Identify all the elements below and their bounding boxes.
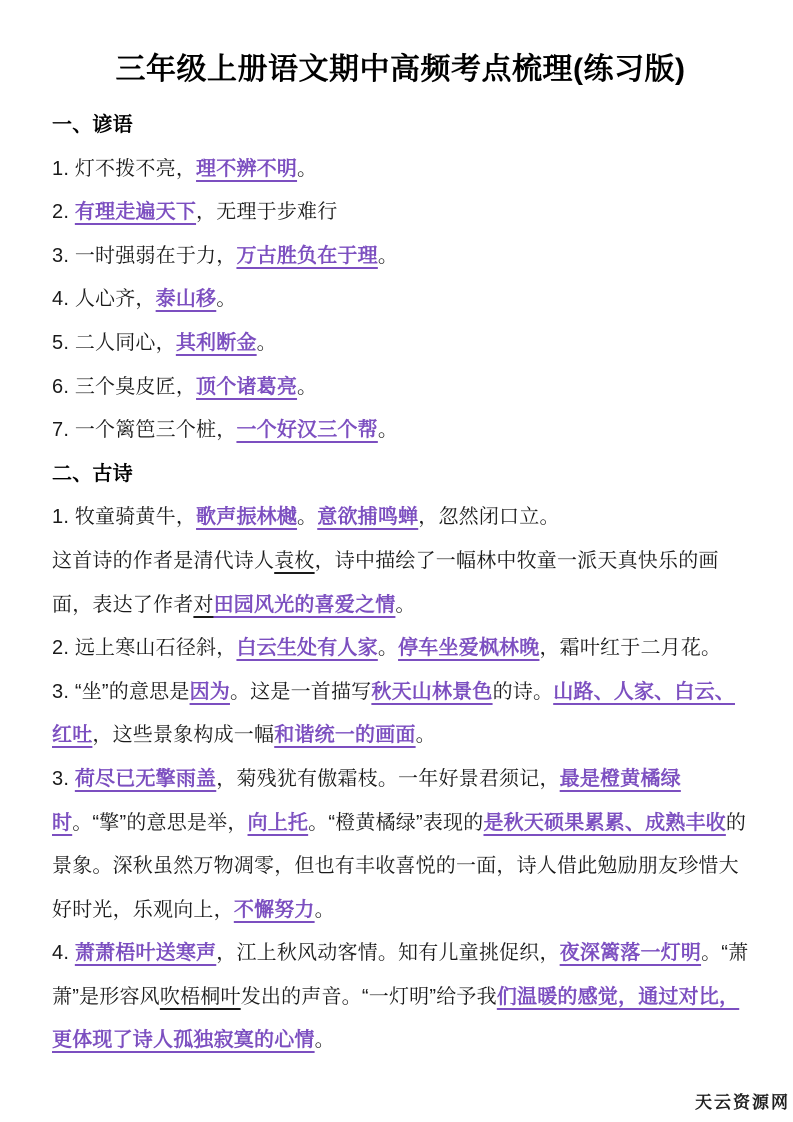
answer-run: 萧萧梧叶送寒声 bbox=[75, 942, 216, 964]
text-run: 1. 牧童骑黄牛， bbox=[52, 506, 196, 528]
paragraph: 这首诗的作者是清代诗人袁枚，诗中描绘了一幅林中牧童一派天真快乐的画面，表达了作者… bbox=[52, 540, 749, 627]
paragraph: 4. 萧萧梧叶送寒声，江上秋风动客情。知有儿童挑促织，夜深篱落一灯明。“萧萧”是… bbox=[52, 932, 749, 1063]
paragraph: 1. 灯不拨不亮，理不辨不明。 bbox=[52, 148, 749, 192]
text-run: ，菊残犹有傲霜枝。一年好景君须记， bbox=[216, 768, 559, 790]
paragraph: 6. 三个臭皮匠，顶个诸葛亮。 bbox=[52, 366, 749, 410]
paragraph: 7. 一个篱笆三个桩，一个好汉三个帮。 bbox=[52, 409, 749, 453]
text-run: 。这是一首描写 bbox=[230, 681, 371, 703]
paragraph: 5. 二人同心，其利断金。 bbox=[52, 322, 749, 366]
answer-run: 泰山移 bbox=[156, 288, 217, 310]
text-run: 2. bbox=[52, 201, 75, 223]
paragraph: 3. 荷尽已无擎雨盖，菊残犹有傲霜枝。一年好景君须记，最是橙黄橘绿时。“擎”的意… bbox=[52, 758, 749, 932]
watermark: 天云资源网 bbox=[695, 1088, 790, 1113]
text-run: 。 bbox=[315, 899, 335, 921]
text-run: 5. 二人同心， bbox=[52, 332, 176, 354]
answer-run: 荷尽已无擎雨盖 bbox=[75, 768, 216, 790]
answer-run: 白云生处有人家 bbox=[236, 637, 377, 659]
paragraph: 3. 一时强弱在于力，万古胜负在于理。 bbox=[52, 235, 749, 279]
answer-run: 夜深篱落一灯明 bbox=[560, 942, 701, 964]
section-heading: 二、古诗 bbox=[52, 453, 749, 497]
answer-run: 不懈努力 bbox=[234, 899, 315, 921]
paragraph: 3. “坐”的意思是因为。这是一首描写秋天山林景色的诗。山路、人家、白云、红吐，… bbox=[52, 671, 749, 758]
text-run: 。 bbox=[216, 288, 236, 310]
paragraph: 2. 有理走遍天下，无理于步难行 bbox=[52, 191, 749, 235]
text-run: 。 bbox=[395, 594, 415, 616]
answer-run: 是秋天硕果累累、成熟丰收 bbox=[483, 812, 725, 834]
text-run: ，霜叶红于二月花。 bbox=[539, 637, 721, 659]
text-run: 3. bbox=[52, 768, 75, 790]
answer-run: 因为 bbox=[190, 681, 230, 703]
paragraph: 4. 人心齐，泰山移。 bbox=[52, 278, 749, 322]
text-run: 的诗。 bbox=[493, 681, 554, 703]
text-run: 发出的声音。“一灯明”给予我 bbox=[241, 986, 497, 1008]
text-run: 。 bbox=[297, 506, 317, 528]
text-run: 。 bbox=[378, 637, 398, 659]
text-run: 6. 三个臭皮匠， bbox=[52, 376, 196, 398]
text-run: 。 bbox=[378, 245, 398, 267]
answer-run: 其利断金 bbox=[176, 332, 257, 354]
answer-run: 歌声振林樾 bbox=[196, 506, 297, 528]
answer-run: 秋天山林景色 bbox=[371, 681, 492, 703]
text-run: 4. bbox=[52, 942, 75, 964]
text-run: ，这些景象构成一幅 bbox=[92, 724, 274, 746]
text-run: 4. 人心齐， bbox=[52, 288, 156, 310]
underlined-run: 对 bbox=[193, 594, 213, 616]
text-run: 。 bbox=[416, 724, 436, 746]
answer-run: 理不辨不明 bbox=[196, 158, 297, 180]
answer-run: 向上托 bbox=[248, 812, 309, 834]
answer-run: 停车坐爱枫林晚 bbox=[398, 637, 539, 659]
text-run: ，无理于步难行 bbox=[196, 201, 337, 223]
answer-run: 顶个诸葛亮 bbox=[196, 376, 297, 398]
text-run: 。“橙黄橘绿”表现的 bbox=[308, 812, 483, 834]
answer-run: 田园风光的喜爱之情 bbox=[214, 594, 396, 616]
answer-run: 有理走遍天下 bbox=[75, 201, 196, 223]
underlined-run: 袁枚 bbox=[274, 550, 314, 572]
page-title: 三年级上册语文期中高频考点梳理(练习版) bbox=[52, 44, 749, 88]
text-run: 。 bbox=[378, 419, 398, 441]
text-run: 3. 一时强弱在于力， bbox=[52, 245, 236, 267]
text-run: 7. 一个篱笆三个桩， bbox=[52, 419, 236, 441]
document-page: 三年级上册语文期中高频考点梳理(练习版) 一、谚语1. 灯不拨不亮，理不辨不明。… bbox=[0, 0, 793, 1063]
text-run: 3. “坐”的意思是 bbox=[52, 681, 190, 703]
section-heading: 一、谚语 bbox=[52, 104, 749, 148]
answer-run: 和谐统一的画面 bbox=[274, 724, 415, 746]
document-body: 一、谚语1. 灯不拨不亮，理不辨不明。2. 有理走遍天下，无理于步难行3. 一时… bbox=[52, 104, 749, 1063]
text-run: 。 bbox=[257, 332, 277, 354]
answer-run: 万古胜负在于理 bbox=[236, 245, 377, 267]
text-run: 1. 灯不拨不亮， bbox=[52, 158, 196, 180]
paragraph: 1. 牧童骑黄牛，歌声振林樾。意欲捕鸣蝉，忽然闭口立。 bbox=[52, 496, 749, 540]
text-run: 这首诗的作者是清代诗人 bbox=[52, 550, 274, 572]
text-run: ，江上秋风动客情。知有儿童挑促织， bbox=[216, 942, 559, 964]
answer-run: 一个好汉三个帮 bbox=[236, 419, 377, 441]
text-run: 。 bbox=[297, 376, 317, 398]
text-run: 2. 远上寒山石径斜， bbox=[52, 637, 236, 659]
underlined-run: 吹梧桐叶 bbox=[160, 986, 241, 1008]
paragraph: 2. 远上寒山石径斜，白云生处有人家。停车坐爱枫林晚，霜叶红于二月花。 bbox=[52, 627, 749, 671]
text-run: ，忽然闭口立。 bbox=[418, 506, 559, 528]
text-run: 。 bbox=[297, 158, 317, 180]
text-run: 。 bbox=[315, 1029, 335, 1051]
text-run: 。“擎”的意思是举， bbox=[72, 812, 247, 834]
answer-run: 意欲捕鸣蝉 bbox=[317, 506, 418, 528]
